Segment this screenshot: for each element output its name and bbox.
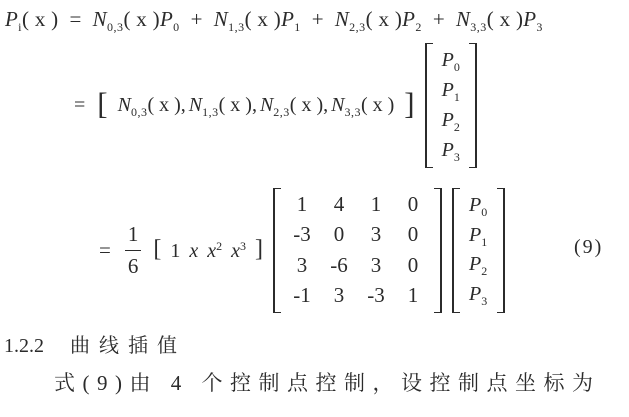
matrix-cell: -3 [291, 222, 313, 247]
basis-term-3: N3,3( x ) P3 [456, 7, 543, 32]
section-title: 曲线插值 [70, 329, 186, 358]
power-row-vector: [ 1 x x2 x3 ] [153, 238, 263, 263]
subscript: 1 [294, 20, 301, 35]
matrix-cell: 4 [328, 192, 350, 217]
matrix-cell: 0 [328, 222, 350, 247]
vector-entry: P2 [469, 253, 488, 276]
variable-N: N [456, 7, 470, 32]
argument: ( x ) [22, 7, 59, 32]
subscript: 3,3 [344, 105, 361, 120]
subscript: 3 [454, 150, 461, 165]
subscript: 2 [481, 264, 488, 279]
basis-term-1: N1,3( x ) P1 [214, 7, 301, 32]
matrix-cell: 3 [291, 253, 313, 278]
matrix-cell: -6 [328, 253, 350, 278]
subscript: 0,3 [107, 20, 124, 35]
argument: ( x ), [147, 94, 185, 117]
fraction-numerator: 1 [125, 222, 142, 247]
basis-term-0: N0,3( x ) P0 [93, 7, 180, 32]
equation-number: (9) [574, 236, 603, 259]
vector-entry: P0 [442, 49, 461, 72]
matrix-cell: 1 [402, 283, 424, 308]
variable-P: P [5, 7, 18, 32]
subscript: 2,3 [273, 105, 290, 120]
vector-left-bracket [425, 43, 433, 168]
subscript: 0 [481, 205, 488, 220]
variable-P: P [442, 49, 454, 72]
vector-entry: P2 [442, 109, 461, 132]
coefficient-matrix: 1 4 1 0 -3 0 3 0 3 -6 3 0 -1 3 -3 1 [273, 188, 442, 313]
subscript: 3,3 [470, 20, 487, 35]
argument: ( x ), [290, 94, 328, 117]
fraction-bar [125, 250, 141, 251]
equals-sign: = [67, 7, 83, 32]
variable-N: N [118, 94, 131, 117]
variable-N: N [260, 94, 273, 117]
equation-line-2: = [ N0,3( x ), N1,3( x ), N2,3( x ), N3,… [72, 42, 477, 169]
matrix-cell: -3 [365, 283, 387, 308]
matrix-cell: 1 [291, 192, 313, 217]
open-bracket: [ [153, 237, 161, 261]
control-point-vector: P0 P1 P2 P3 [425, 43, 478, 168]
variable-x: x [231, 240, 240, 263]
equals-sign: = [72, 94, 87, 117]
close-bracket: ] [404, 88, 414, 119]
subscript: 0 [173, 20, 180, 35]
variable-P: P [160, 7, 173, 32]
vector-entries: P0 P1 P2 P3 [433, 43, 470, 168]
body-paragraph: 式(9)由 4 个控制点控制，设控制点坐标为 [54, 366, 626, 400]
power-entry-2: x2 [207, 240, 222, 263]
subscript: 1 [481, 235, 488, 250]
matrix-cells: 1 4 1 0 -3 0 3 0 3 -6 3 0 -1 3 -3 1 [281, 188, 434, 313]
matrix-cell: 0 [402, 222, 424, 247]
plus-sign: + [310, 7, 326, 32]
variable-P: P [442, 79, 454, 102]
matrix-cell: 3 [328, 283, 350, 308]
subscript: 2,3 [349, 20, 366, 35]
variable-P: P [469, 224, 481, 247]
superscript: 2 [216, 239, 222, 254]
variable-P: P [469, 283, 481, 306]
variable-P: P [469, 253, 481, 276]
basis-entry-1: N1,3( x ), [189, 94, 257, 117]
subscript: 0,3 [131, 105, 148, 120]
section-number: 1.2.2 [4, 335, 44, 358]
matrix-cell: 3 [365, 253, 387, 278]
vector-entry: P0 [469, 194, 488, 217]
variable-P: P [469, 194, 481, 217]
plus-sign: + [189, 7, 205, 32]
section-heading: 1.2.2 曲线插值 [4, 329, 186, 358]
argument: ( x ) [245, 7, 282, 32]
subscript: 3 [481, 294, 488, 309]
vector-entry: P3 [469, 283, 488, 306]
matrix-cell: 1 [365, 192, 387, 217]
lhs-term: Pi( x ) [5, 7, 58, 32]
variable-P: P [523, 7, 536, 32]
subscript: 1 [454, 90, 461, 105]
subscript: 0 [454, 60, 461, 75]
argument: ( x ) [361, 94, 394, 117]
subscript: 2 [415, 20, 422, 35]
fraction-denominator: 6 [125, 254, 142, 279]
variable-N: N [331, 94, 344, 117]
variable-N: N [214, 7, 228, 32]
vector-entry: P3 [442, 139, 461, 162]
variable-P: P [442, 139, 454, 162]
basis-entry-0: N0,3( x ), [118, 94, 186, 117]
equals-sign: = [97, 238, 113, 263]
basis-row-vector: N0,3( x ), N1,3( x ), N2,3( x ), N3,3( x… [118, 94, 395, 117]
subscript: i [18, 20, 22, 35]
basis-entry-2: N2,3( x ), [260, 94, 328, 117]
variable-P: P [402, 7, 415, 32]
variable-P: P [281, 7, 294, 32]
vector-entries: P0 P1 P2 P3 [460, 188, 497, 313]
power-entry-1: x [189, 240, 198, 263]
argument: ( x ) [487, 7, 524, 32]
equation-line-1: Pi( x ) = N0,3( x ) P0 + N1,3( x ) P1 + … [5, 7, 543, 32]
subscript: 1,3 [228, 20, 245, 35]
plus-sign: + [431, 7, 447, 32]
argument: ( x ), [219, 94, 257, 117]
vector-right-bracket [497, 188, 505, 313]
basis-term-2: N2,3( x ) P2 [335, 7, 422, 32]
control-point-vector: P0 P1 P2 P3 [452, 188, 505, 313]
subscript: 1,3 [202, 105, 219, 120]
variable-N: N [93, 7, 107, 32]
constant-one: 1 [170, 240, 180, 263]
vector-entry: P1 [442, 79, 461, 102]
superscript: 3 [240, 239, 246, 254]
vector-right-bracket [469, 43, 477, 168]
variable-N: N [189, 94, 202, 117]
fraction-one-sixth: 1 6 [125, 222, 142, 279]
matrix-left-bracket [273, 188, 281, 313]
variable-x: x [189, 240, 198, 263]
matrix-cell: 0 [402, 192, 424, 217]
power-entry-3: x3 [231, 240, 246, 263]
subscript: 3 [536, 20, 543, 35]
vector-left-bracket [452, 188, 460, 313]
matrix-cell: 0 [402, 253, 424, 278]
vector-entry: P1 [469, 224, 488, 247]
equation-line-3: = 1 6 [ 1 x x2 x3 ] 1 4 1 0 -3 0 3 0 3 -… [97, 186, 505, 314]
open-bracket: [ [97, 88, 107, 119]
basis-entry-3: N3,3( x ) [331, 94, 394, 117]
argument: ( x ) [123, 7, 160, 32]
matrix-cell: 3 [365, 222, 387, 247]
variable-P: P [442, 109, 454, 132]
variable-N: N [335, 7, 349, 32]
close-bracket: ] [255, 237, 263, 261]
power-entry-0: 1 [170, 240, 180, 263]
variable-x: x [207, 240, 216, 263]
argument: ( x ) [366, 7, 403, 32]
matrix-right-bracket [434, 188, 442, 313]
subscript: 2 [454, 120, 461, 135]
matrix-cell: -1 [291, 283, 313, 308]
